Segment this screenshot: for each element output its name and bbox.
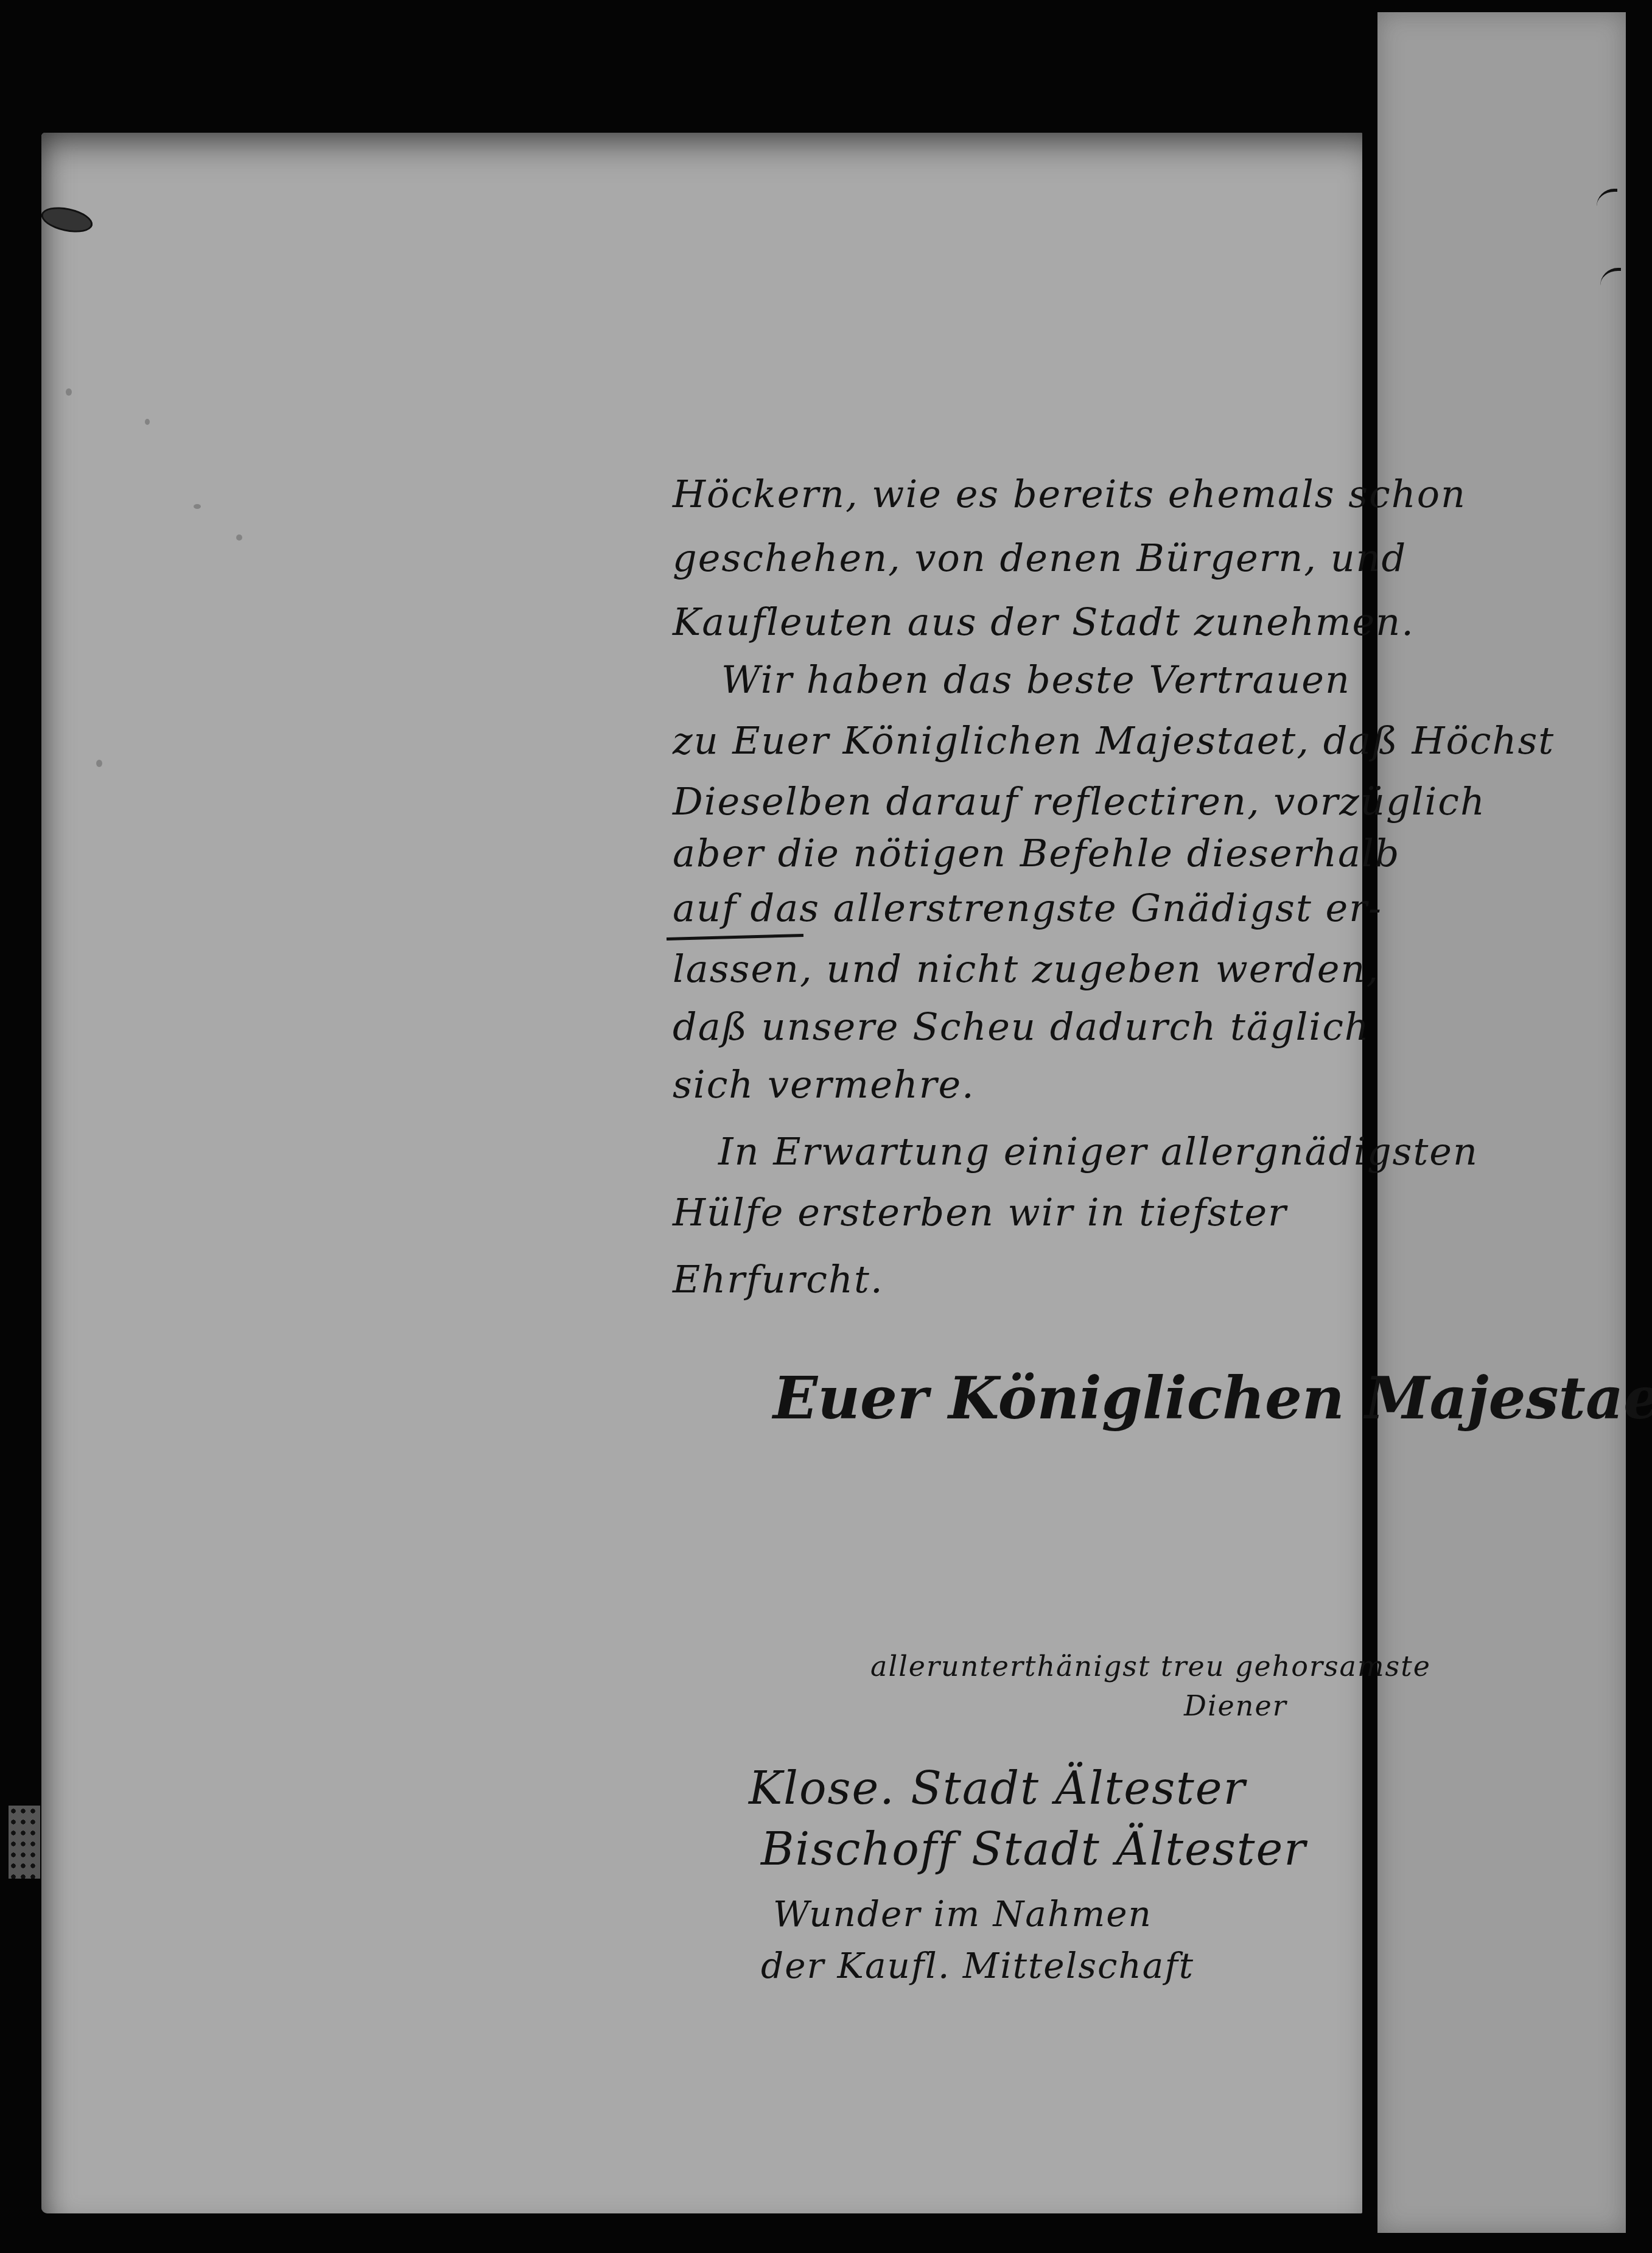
body-line: In Erwartung einiger allergnädigsten [718, 1129, 1479, 1174]
paper-stain [96, 760, 102, 767]
side-strip [1377, 12, 1626, 2233]
body-line: lassen, und nicht zugeben werden, [673, 947, 1379, 991]
body-line: Wir haben das beste Vertrauen [721, 657, 1351, 702]
body-line: auf das allerstrengste Gnädigst er- [673, 886, 1382, 930]
body-line: Hülfe ersterben wir in tiefster [673, 1190, 1287, 1235]
signature: Bischoff Stadt Ältester [761, 1823, 1307, 1876]
body-line: Ehrfurcht. [673, 1257, 884, 1302]
body-line: zu Euer Königlichen Majestaet, daß Höchs… [673, 718, 1555, 763]
body-line: aber die nötigen Befehle dieserhalb [673, 831, 1400, 875]
body-line: Dieselben darauf reflectiren, vorzüglich [673, 779, 1486, 824]
body-line: geschehen, von denen Bürgern, und [673, 536, 1407, 580]
paper-stain [145, 419, 150, 425]
edge-mark [1600, 268, 1621, 286]
paper-stain [194, 504, 201, 509]
body-line: Höckern, wie es bereits ehemals schon [673, 472, 1466, 516]
paper-stain [66, 388, 72, 396]
signature: Klose. Stadt Ältester [749, 1762, 1246, 1815]
body-line: daß unsere Scheu dadurch täglich [673, 1004, 1370, 1049]
body-line: sich vermehre. [673, 1062, 975, 1107]
signature: Wunder im Nahmen [773, 1893, 1152, 1935]
closing-line: Diener [1184, 1689, 1287, 1722]
signature: der Kaufl. Mittelschaft [761, 1945, 1194, 1986]
body-line: Kaufleuten aus der Stadt zunehmen. [673, 600, 1415, 644]
edge-mark [1597, 189, 1617, 206]
closing-line: allerunterthänigst treu gehorsamste [870, 1650, 1431, 1683]
perforated-tag [9, 1806, 40, 1879]
paper-stain [236, 534, 242, 541]
salutation: Euer Königlichen Majestaet. [773, 1364, 1652, 1432]
